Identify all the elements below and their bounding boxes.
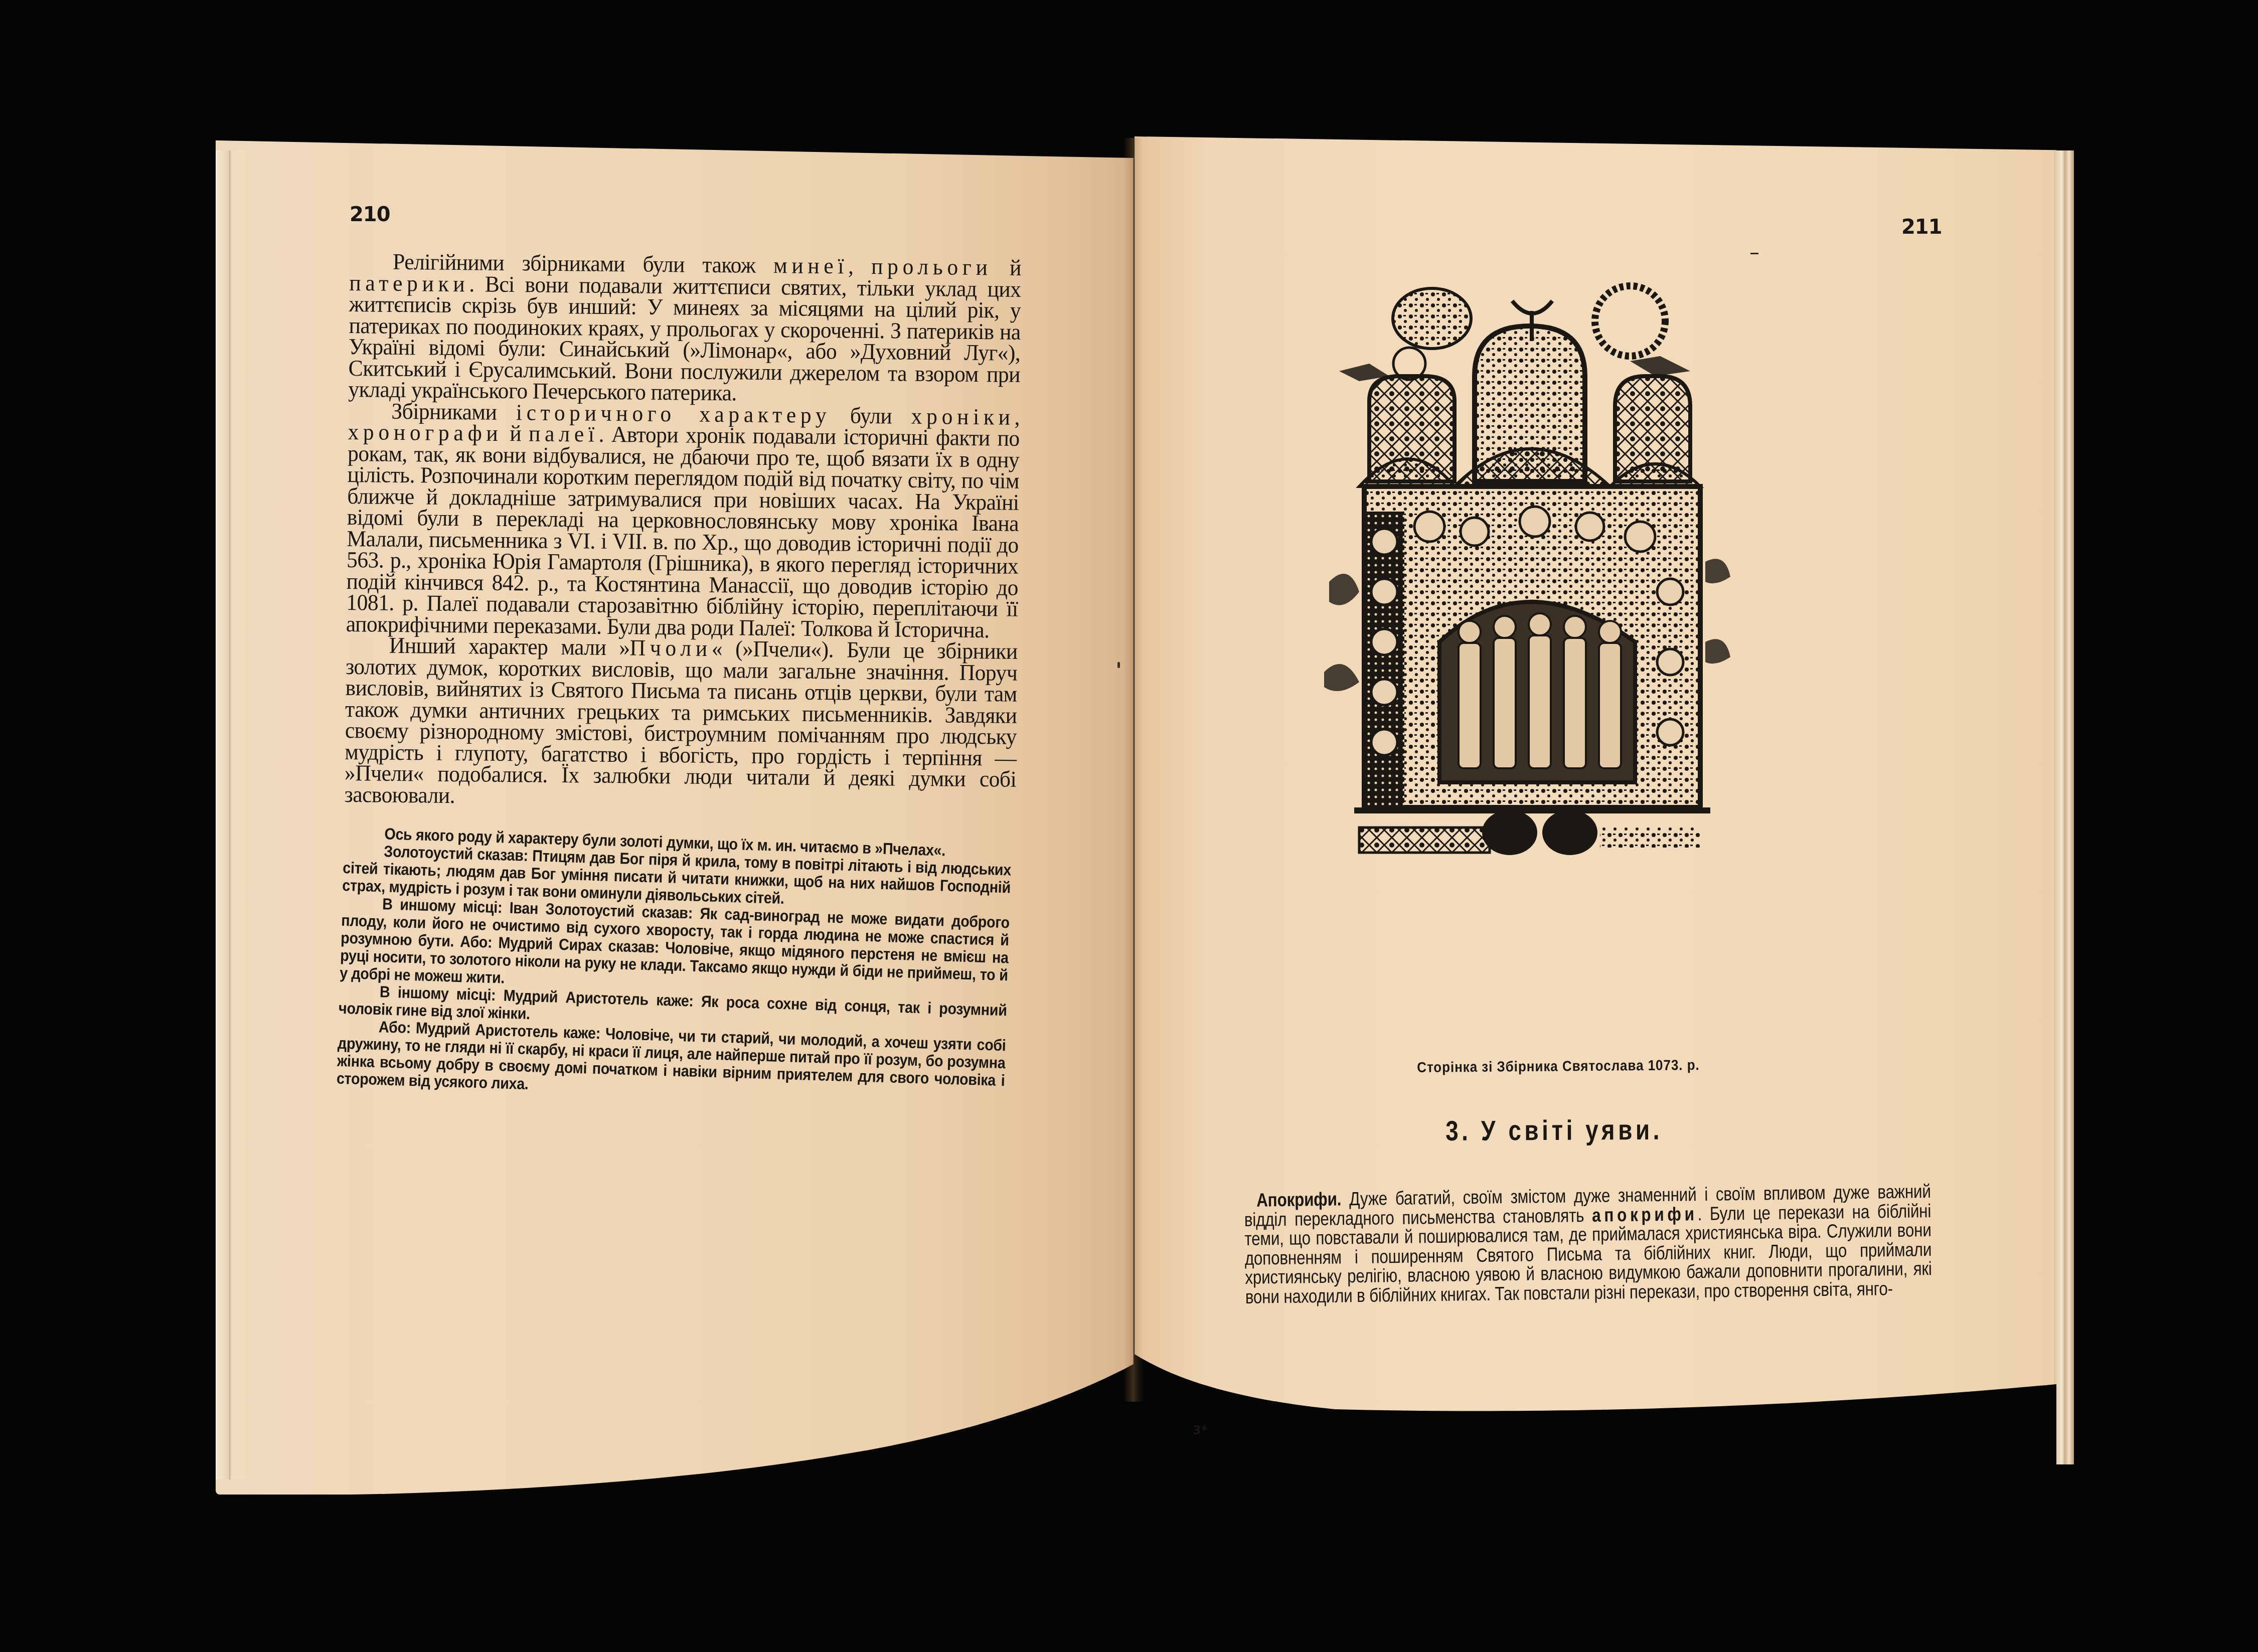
paragraph-historical-collections: Збірниками історичного характеру були хр… xyxy=(346,400,1020,640)
text-run: . Автори хронік подавали історичні факти… xyxy=(346,421,1020,642)
page-number-left: 210 xyxy=(350,203,390,226)
book-gutter xyxy=(1123,138,1144,1402)
illustration-caption: Сторінка зі Збірника Святослава 1073. р. xyxy=(1417,1057,1700,1076)
svyatoslav-miniature-illustration xyxy=(1309,281,1735,973)
paragraph-religious-collections: Релігійними збірниками були також минеї,… xyxy=(348,251,1021,406)
printer-signature-mark: 3* xyxy=(1193,1423,1207,1437)
top-wreath-right-icon xyxy=(1595,286,1665,356)
text-run: « (»Пчели«). Були це збірники золотих ду… xyxy=(344,635,1017,808)
quotations-block: Ось якого роду й характеру були золоті д… xyxy=(336,824,1016,1107)
chapter-title: 3. У світі уяви. xyxy=(1445,1113,1663,1147)
top-medallion-left-icon xyxy=(1393,288,1471,349)
right-page-stack-edge xyxy=(2054,150,2074,1464)
left-page-stack-edge xyxy=(216,150,246,1479)
paragraph-apocrypha: Апокрифи. Дуже багатий, своїм змістом ду… xyxy=(1244,1182,1932,1307)
book-spread: 210 Релігійними збірниками були також ми… xyxy=(0,0,2258,1652)
bottom-ornament xyxy=(1359,810,1700,855)
paragraph-pchely: Инший характер мали »Пчоли« (»Пчели«). Б… xyxy=(344,634,1017,811)
page-number-right: 211 xyxy=(1901,216,1942,239)
print-mark xyxy=(1750,253,1758,254)
left-page-body: Релігійними збірниками були також минеї,… xyxy=(342,251,1022,1094)
right-page-body: Апокрифи. Дуже багатий, своїм змістом ду… xyxy=(1244,1182,1932,1307)
spine-mark xyxy=(1117,662,1120,668)
lead-in-term: Апокрифи. xyxy=(1256,1189,1342,1211)
